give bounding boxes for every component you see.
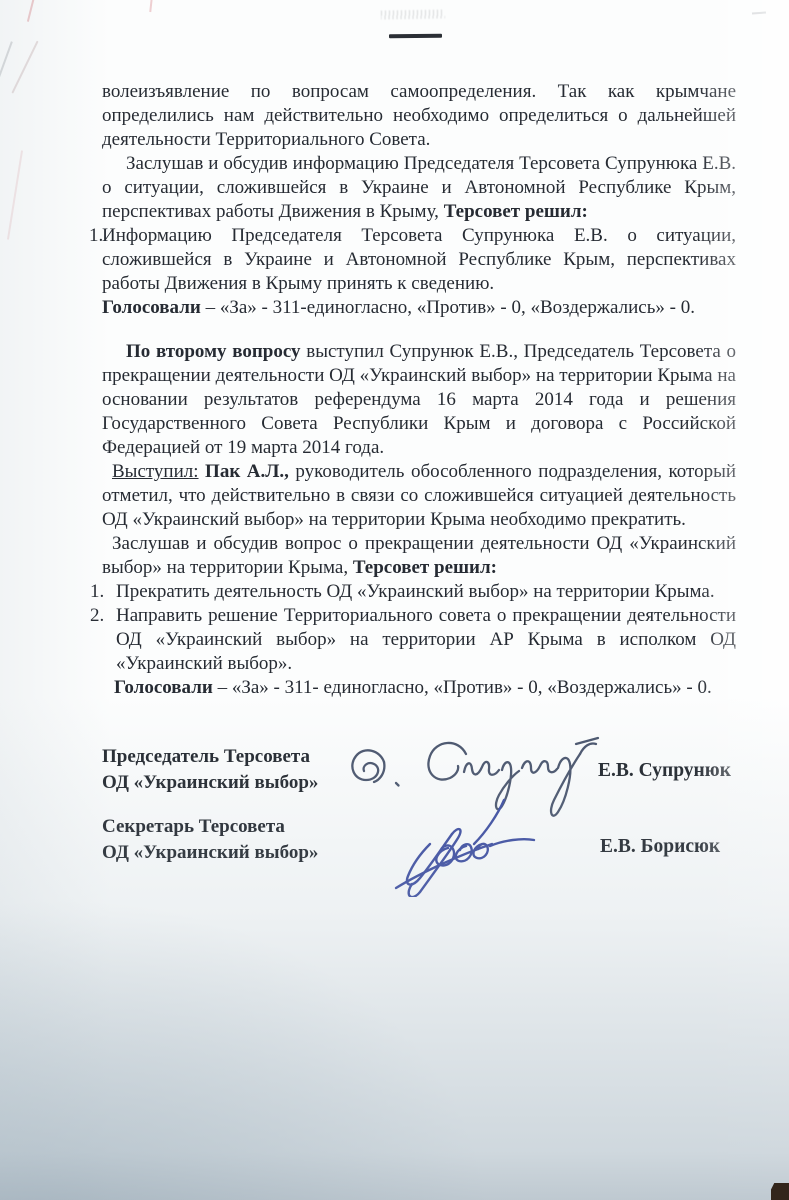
list-number: 2. xyxy=(90,604,116,628)
signer-name-suprunyuk: Е.В. Супрунюк xyxy=(598,760,731,782)
text-run: волеизъявление по вопросам самоопределен… xyxy=(102,81,736,150)
text-run-bold: Пак А.Л., xyxy=(205,461,289,482)
document-body: волеизъявление по вопросам самоопределен… xyxy=(102,80,736,700)
signature-block: Председатель Терсовета ОД «Украинский вы… xyxy=(102,744,736,914)
scan-scratch xyxy=(7,150,23,239)
list-number: 1. xyxy=(90,580,116,604)
scan-mark-top-right xyxy=(752,12,766,15)
signature-borisyuk xyxy=(382,792,572,897)
list-number: 1. xyxy=(89,224,102,248)
scan-scratch xyxy=(27,0,35,22)
signer-name-borisyuk: Е.В. Борисюк xyxy=(600,836,720,858)
signer-title-line: ОД «Украинский выбор» xyxy=(102,840,318,866)
text-run: – «За» - 311-единогласно, «Против» - 0, … xyxy=(201,297,695,318)
text-run-bold: Голосовали xyxy=(102,297,201,318)
scan-scratch xyxy=(0,41,12,90)
scan-scratch xyxy=(149,0,152,12)
text-run: Информацию Председателя Терсовета Супрун… xyxy=(102,225,736,294)
text-run: Направить решение Территориального совет… xyxy=(116,605,736,674)
paragraph-continuation: волеизъявление по вопросам самоопределен… xyxy=(102,80,736,152)
list2-item-1: 1.Прекратить деятельность ОД «Украинский… xyxy=(102,580,736,604)
vote-result-2: Голосовали – «За» - 311- единогласно, «П… xyxy=(102,676,736,700)
text-run-bold: Терсовет решил: xyxy=(444,201,588,222)
text-run-bold: Терсовет решил: xyxy=(353,557,497,578)
vote-result-1: Голосовали – «За» - 311-единогласно, «Пр… xyxy=(102,296,736,320)
paragraph-speaker: Выступил: Пак А.Л., руководитель обособл… xyxy=(102,460,736,532)
signer-title-line: Секретарь Терсовета xyxy=(102,814,318,840)
list2-item-2: 2.Направить решение Территориального сов… xyxy=(102,604,736,676)
text-run-bold: По второму вопросу xyxy=(126,341,301,362)
paragraph-second-question: По второму вопросу выступил Супрунюк Е.В… xyxy=(102,340,736,460)
text-run: Прекратить деятельность ОД «Украинский в… xyxy=(116,581,715,602)
paragraph-second-decision-intro: Заслушав и обсудив вопрос о прекращении … xyxy=(102,532,736,580)
signer-title-line: Председатель Терсовета xyxy=(102,744,318,770)
paragraph-first-question-decision: Заслушав и обсудив информацию Председате… xyxy=(102,152,736,224)
page-number-dash xyxy=(389,34,442,38)
scanned-document-page: волеизъявление по вопросам самоопределен… xyxy=(0,0,789,1200)
text-run: Заслушав и обсудив информацию Председате… xyxy=(102,153,736,222)
signer-title-chairman: Председатель Терсовета ОД «Украинский вы… xyxy=(102,744,318,796)
text-run: – «За» - 311- единогласно, «Против» - 0,… xyxy=(213,677,712,698)
list-item-1: 1.Информацию Председателя Терсовета Супр… xyxy=(102,224,736,296)
signer-title-line: ОД «Украинский выбор» xyxy=(102,770,318,796)
dark-corner-bottom-right xyxy=(771,1183,789,1200)
text-run-bold: Голосовали xyxy=(114,677,213,698)
scan-scratch xyxy=(11,41,38,94)
text-run-underline: Выступил: xyxy=(112,461,199,482)
signer-title-secretary: Секретарь Терсовета ОД «Украинский выбор… xyxy=(102,814,318,866)
scan-smudge xyxy=(381,9,445,19)
